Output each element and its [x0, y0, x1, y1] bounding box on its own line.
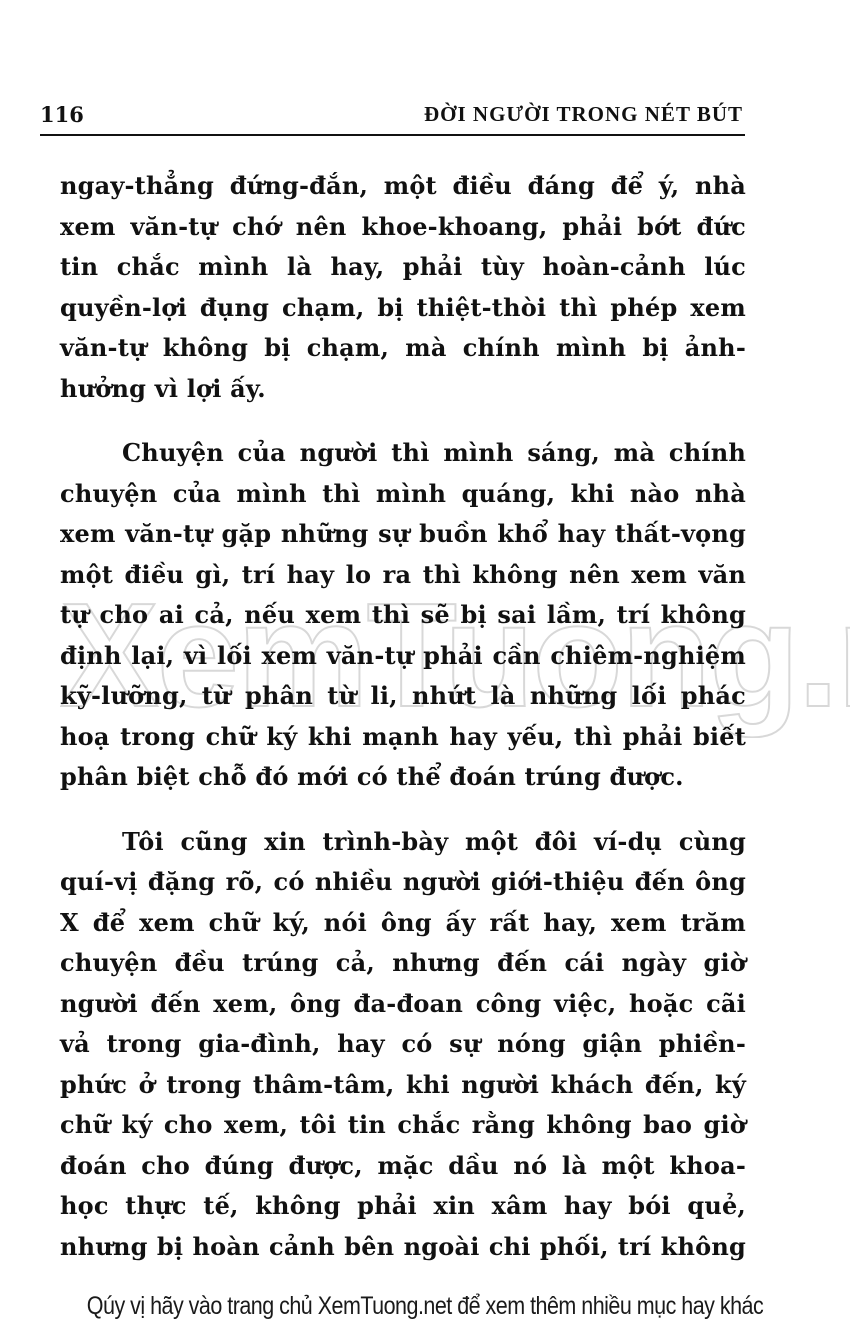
text-line: kỹ-lưỡng, từ phân từ li, nhứt là những l… [60, 676, 746, 717]
text-line: X để xem chữ ký, nói ông ấy rất hay, xem… [60, 903, 746, 944]
text-line: người đến xem, ông đa-đoan công việc, ho… [60, 984, 746, 1025]
text-line: xem văn-tự chớ nên khoe-khoang, phải bớt… [60, 207, 746, 248]
text-line: ngay-thẳng đứng-đắn, một điều đáng để ý,… [60, 166, 746, 207]
text-line: hưởng vì lợi ấy. [60, 369, 746, 410]
text-line: Tôi cũng xin trình-bày một đôi ví-dụ cùn… [60, 822, 746, 863]
text-line: đoán cho đúng được, mặc dầu nó là một kh… [60, 1146, 746, 1187]
scanned-book-page: 116 ĐỜI NGƯỜI TRONG NÉT BÚT XemTuong.net… [0, 0, 850, 1336]
text-line: học thực tế, không phải xin xâm hay bói … [60, 1186, 746, 1227]
text-line: định lại, vì lối xem văn-tự phải cần chi… [60, 636, 746, 677]
paragraph-2: Chuyện của người thì mình sáng, mà chính… [60, 433, 746, 798]
body-text: ngay-thẳng đứng-đắn, một điều đáng để ý,… [60, 166, 746, 1267]
text-line: hoạ trong chữ ký khi mạnh hay yếu, thì p… [60, 717, 746, 758]
text-line: văn-tự không bị chạm, mà chính mình bị ả… [60, 328, 746, 369]
text-line: chữ ký cho xem, tôi tin chắc rằng không … [60, 1105, 746, 1146]
text-line: chuyện đều trúng cả, nhưng đến cái ngày … [60, 943, 746, 984]
text-line: nhưng bị hoàn cảnh bên ngoài chi phối, t… [60, 1227, 746, 1268]
text-line: vả trong gia-đình, hay có sự nóng giận p… [60, 1024, 746, 1065]
text-line: quí-vị đặng rõ, có nhiều người giới-thiệ… [60, 862, 746, 903]
paragraph-1: ngay-thẳng đứng-đắn, một điều đáng để ý,… [60, 166, 746, 409]
page-number: 116 [40, 102, 84, 127]
text-line: chuyện của mình thì mình quáng, khi nào … [60, 474, 746, 515]
text-line: phân biệt chỗ đó mới có thể đoán trúng đ… [60, 757, 746, 798]
running-header: 116 ĐỜI NGƯỜI TRONG NÉT BÚT [40, 100, 745, 136]
site-footer-note: Qúy vị hãy vào trang chủ XemTuong.net để… [60, 1292, 791, 1321]
text-line: quyền-lợi đụng chạm, bị thiệt-thòi thì p… [60, 288, 746, 329]
text-line: Chuyện của người thì mình sáng, mà chính [60, 433, 746, 474]
text-line: tự cho ai cả, nếu xem thì sẽ bị sai lầm,… [60, 595, 746, 636]
text-line: xem văn-tự gặp những sự buồn khổ hay thấ… [60, 514, 746, 555]
text-line: phức ở trong thâm-tâm, khi người khách đ… [60, 1065, 746, 1106]
text-line: một điều gì, trí hay lo ra thì không nên… [60, 555, 746, 596]
paragraph-3: Tôi cũng xin trình-bày một đôi ví-dụ cùn… [60, 822, 746, 1268]
text-line: tin chắc mình là hay, phải tùy hoàn-cảnh… [60, 247, 746, 288]
book-title: ĐỜI NGƯỜI TRONG NÉT BÚT [424, 102, 743, 127]
